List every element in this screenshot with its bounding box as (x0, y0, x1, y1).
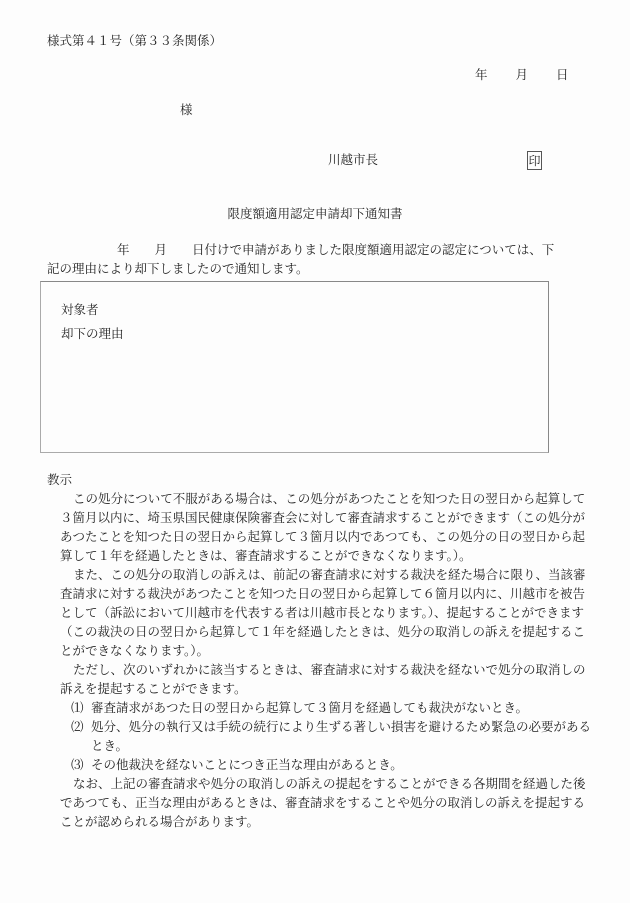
details-box: 対象者 却下の理由 (40, 281, 549, 453)
date-year: 年 (475, 69, 488, 82)
issuer-name: 川越市長 (328, 154, 378, 167)
instruction-section: 教示 この処分について不服がある場合は、この処分があつたことを知つた日の翌日から… (47, 470, 597, 831)
instruction-para-2: また、この処分の取消しの訴えは、前記の審査請求に対する裁決を経た場合に限り、当該… (47, 565, 597, 660)
addressee-suffix: 様 (180, 104, 193, 117)
instruction-item-2: ⑵処分、処分の執行又は手続の続行により生ずる著しい損害を避けるため緊急の必要があ… (47, 717, 597, 755)
seal-stamp: 印 (527, 151, 542, 170)
instruction-heading: 教示 (47, 470, 597, 489)
intro-text: 年 月 日付けで申請がありました限度額適用認定の認定については、下 記の理由によ… (47, 240, 587, 278)
intro-line-1: 年 月 日付けで申請がありました限度額適用認定の認定については、下 (47, 240, 587, 259)
instruction-para-3: ただし、次のいずれかに該当するときは、審査請求に対する裁決を経ないで処分の取消し… (47, 660, 597, 698)
instruction-para-1: この処分について不服がある場合は、この処分があつたことを知つた日の翌日から起算し… (47, 489, 597, 565)
field-reason-label: 却下の理由 (61, 328, 124, 341)
instruction-item-3: ⑶その他裁決を経ないことにつき正当な理由があるとき。 (47, 755, 597, 774)
date-day: 日 (556, 69, 569, 82)
document-title: 限度額適用認定申請却下通知書 (0, 208, 630, 221)
date-line: 年月日 (475, 69, 569, 82)
intro-line-2: 記の理由により却下しましたので通知します。 (47, 259, 587, 278)
instruction-para-4: なお、上記の審査請求や処分の取消しの訴えの提起をすることができる各期間を経過した… (47, 774, 597, 831)
instruction-item-1: ⑴審査請求があつた日の翌日から起算して３箇月を経過しても裁決がないとき。 (47, 698, 597, 717)
form-number: 様式第４１号（第３３条関係） (47, 35, 222, 48)
field-subject-label: 対象者 (61, 304, 99, 317)
date-month: 月 (516, 69, 529, 82)
